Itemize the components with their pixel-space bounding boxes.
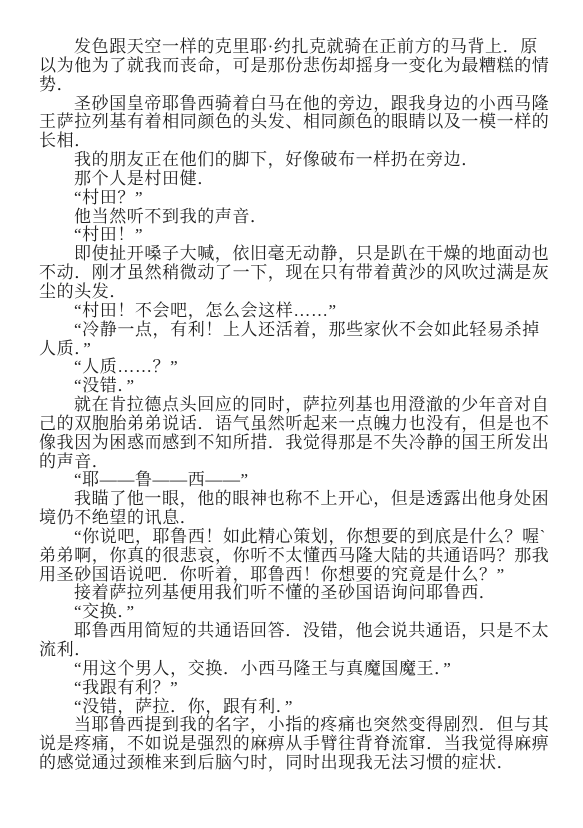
text-line: “耶——鲁——西——” [39, 471, 555, 490]
text-line: 人质．” [39, 340, 555, 359]
text-line: 长相． [39, 132, 555, 151]
text-line: 的声音． [39, 453, 555, 472]
text-line: 就在肯拉德点头回应的同时，萨拉列基也用澄澈的少年音对自 [39, 396, 555, 415]
text-line: 以为他为了就我而丧命，可是那份悲伤却摇身一变化为最糟糕的情 [39, 57, 555, 76]
text-line: 他当然听不到我的声音． [39, 208, 555, 227]
text-line: “用这个男人，交换．小西马隆王与真魔国魔王．” [39, 660, 555, 679]
text-line: “村田！不会吧，怎么会这样……” [39, 302, 555, 321]
text-line: “交换．” [39, 603, 555, 622]
text-line: 境仍不绝望的讯息． [39, 509, 555, 528]
text-line: “没错．” [39, 377, 555, 396]
page-text: 发色跟天空一样的克里耶·约扎克就骑在正前方的马背上．原以为他为了就我而丧命，可是… [39, 38, 555, 773]
text-line: “冷静一点，有利！上人还活着，那些家伙不会如此轻易杀掉 [39, 321, 555, 340]
text-line: 流利． [39, 641, 555, 660]
text-line: 那个人是村田健． [39, 170, 555, 189]
text-line: 弟弟啊，你真的很悲哀，你听不太懂西马隆大陆的共通语吗？那我 [39, 547, 555, 566]
text-line: 接着萨拉列基便用我们听不懂的圣砂国语询问耶鲁西． [39, 584, 555, 603]
text-line: 我的朋友正在他们的脚下，好像破布一样扔在旁边． [39, 151, 555, 170]
text-line: 即使扯开嗓子大喊，依旧毫无动静，只是趴在干燥的地面动也 [39, 245, 555, 264]
text-line: “你说吧，耶鲁西！如此精心策划，你想要的到底是什么？喔ˋ [39, 528, 555, 547]
text-line: 不动．刚才虽然稍微动了一下，现在只有带着黄沙的风吹过满是灰 [39, 264, 555, 283]
text-line: 耶鲁西用简短的共通语回答．没错，他会说共通语，只是不太 [39, 622, 555, 641]
scanned-page: 发色跟天空一样的克里耶·约扎克就骑在正前方的马背上．原以为他为了就我而丧命，可是… [0, 0, 583, 828]
text-line: 我瞄了他一眼，他的眼神也称不上开心，但是透露出他身处困 [39, 490, 555, 509]
text-line: 用圣砂国语说吧．你听着，耶鲁西！你想要的究竟是什么？” [39, 566, 555, 585]
text-line: 势． [39, 76, 555, 95]
text-line: 尘的头发． [39, 283, 555, 302]
text-line: 圣砂国皇帝耶鲁西骑着白马在他的旁边，跟我身边的小西马隆 [39, 95, 555, 114]
text-line: “没错，萨拉．你，跟有利．” [39, 698, 555, 717]
text-line: 说是疼痛，不如说是强烈的麻痹从手臂往背脊流窜．当我觉得麻痹 [39, 735, 555, 754]
text-line: 发色跟天空一样的克里耶·约扎克就骑在正前方的马背上．原 [39, 38, 555, 57]
text-line: “人质……？” [39, 358, 555, 377]
text-line: 的感觉通过颈椎来到后脑勺时，同时出现我无法习惯的症状． [39, 754, 555, 773]
text-line: “我跟有利？” [39, 679, 555, 698]
text-line: 王萨拉列基有着相同颜色的头发、相同颜色的眼睛以及一模一样的 [39, 113, 555, 132]
text-line: 当耶鲁西提到我的名字，小指的疼痛也突然变得剧烈．但与其 [39, 716, 555, 735]
text-line: 己的双胞胎弟弟说话．语气虽然听起来一点魄力也没有，但是也不 [39, 415, 555, 434]
text-line: 像我因为困惑而感到不知所措．我觉得那是不失冷静的国王所发出 [39, 434, 555, 453]
text-line: “村田！” [39, 226, 555, 245]
text-line: “村田？” [39, 189, 555, 208]
